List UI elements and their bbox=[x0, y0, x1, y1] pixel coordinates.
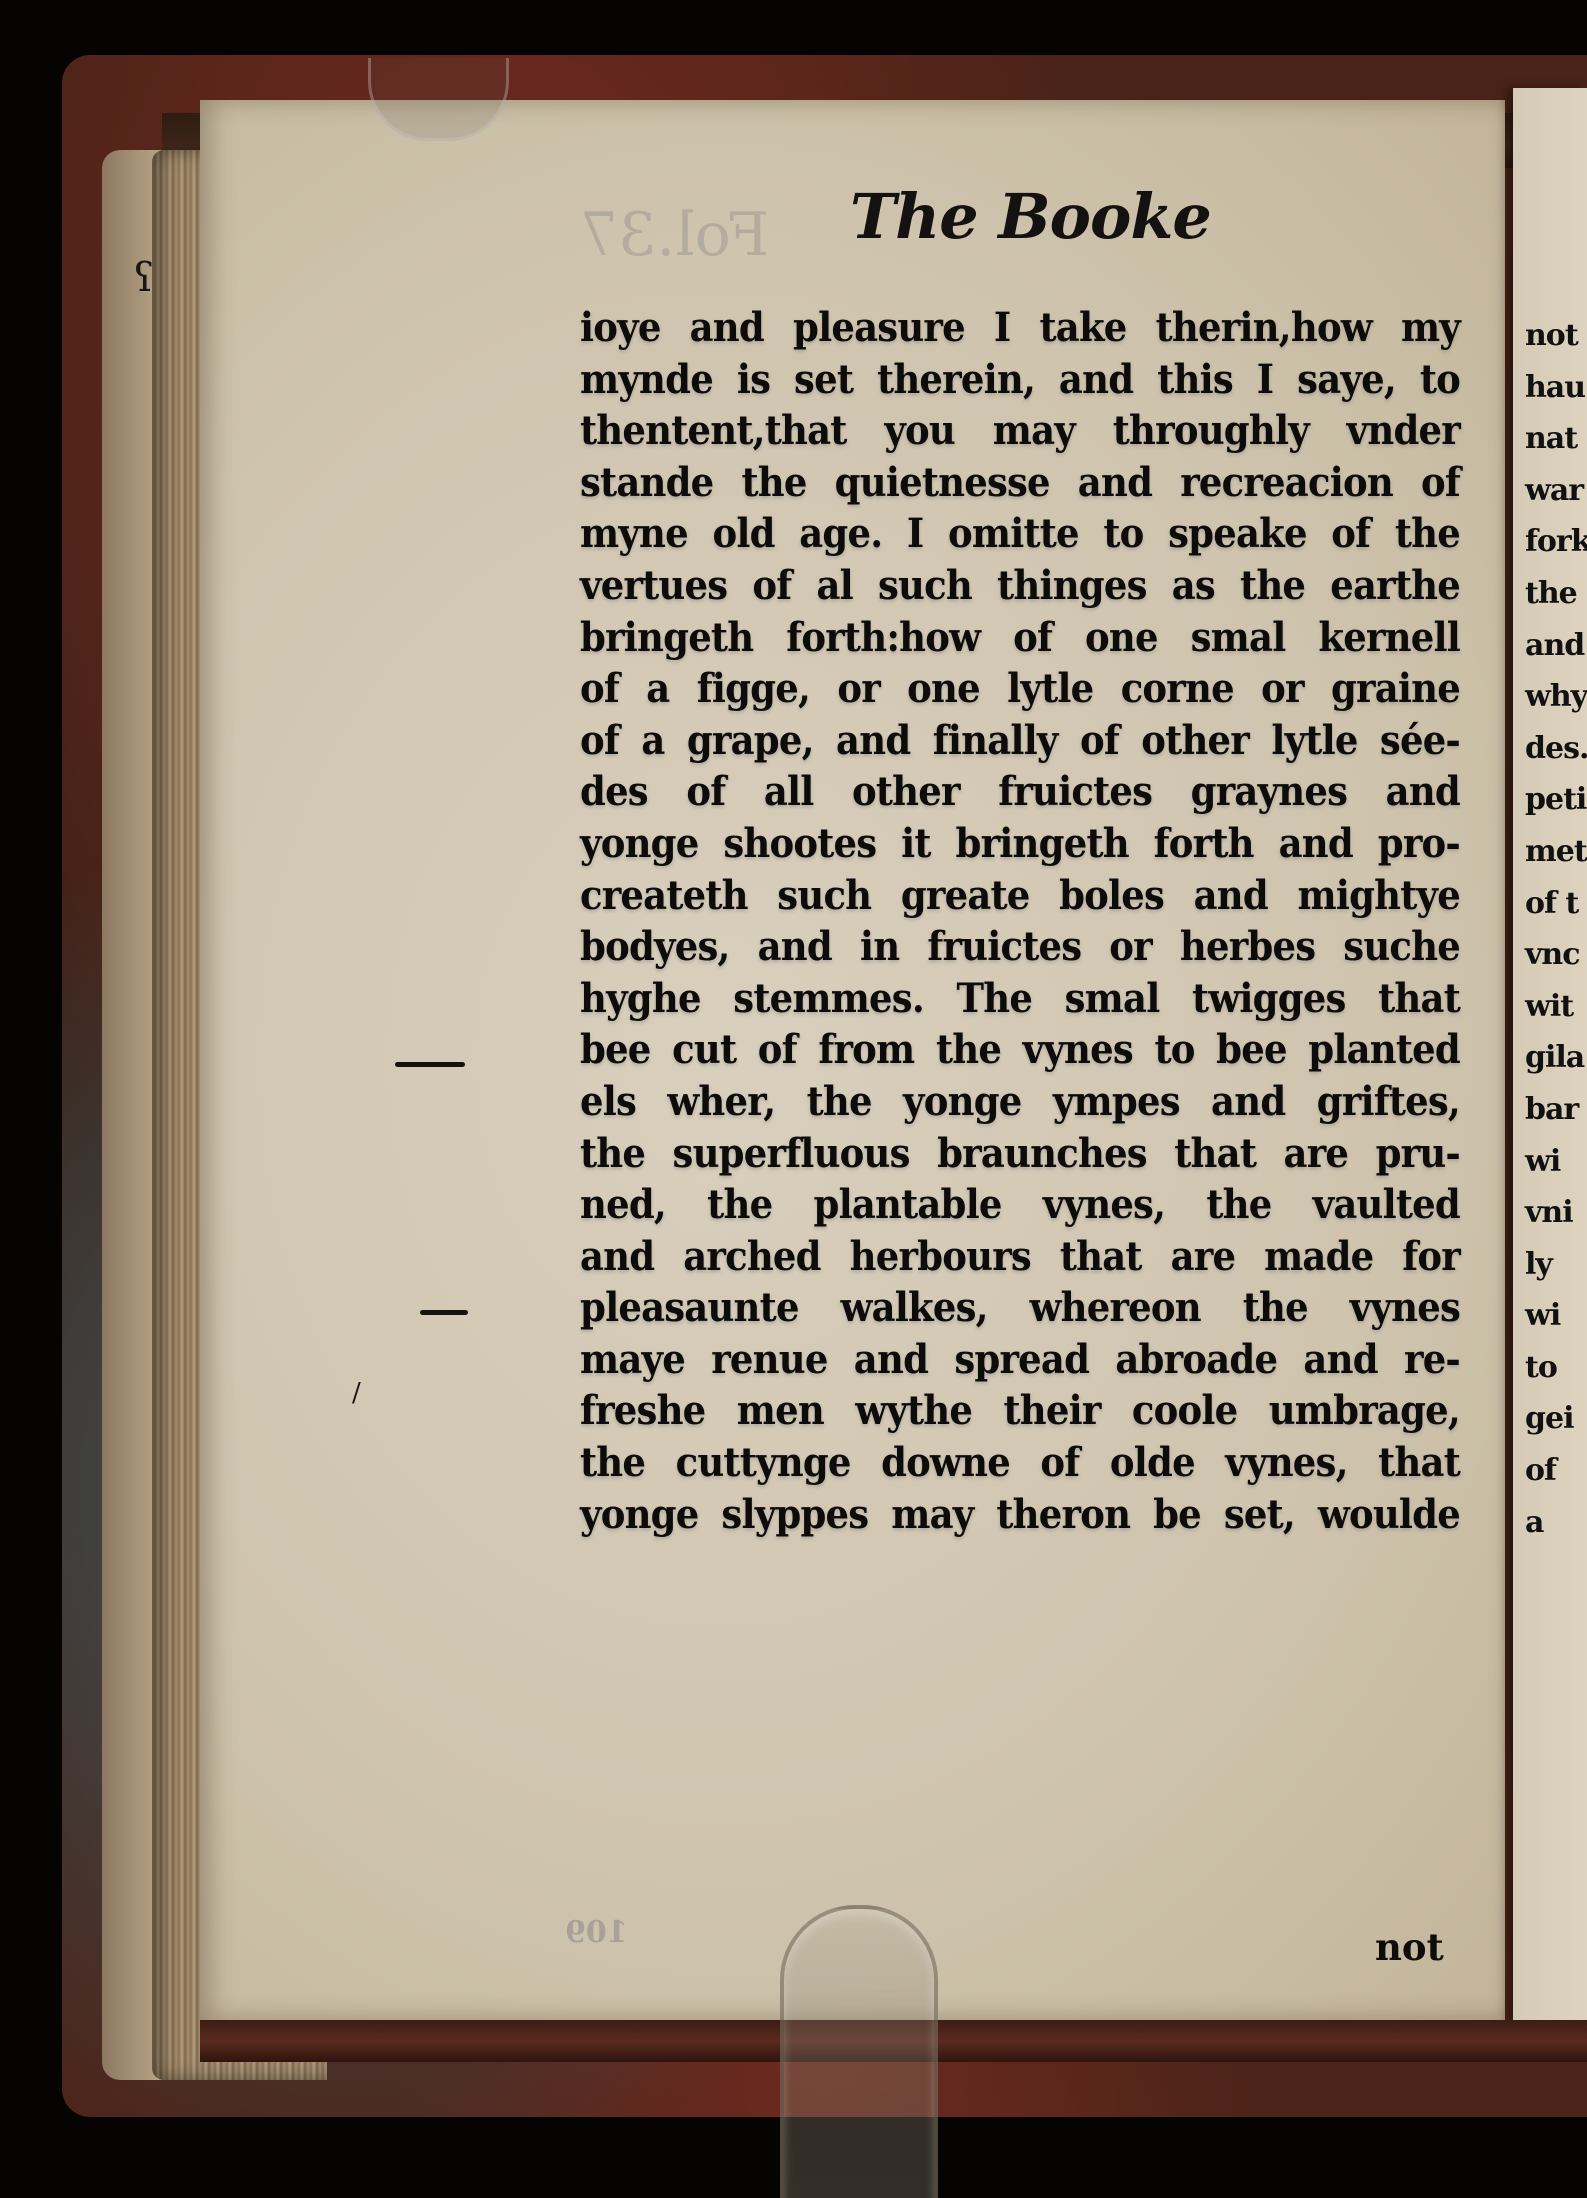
facing-text-fragment: of bbox=[1513, 1445, 1587, 1497]
facing-text-fragment: fork bbox=[1513, 516, 1587, 568]
facing-text-fragment: nat bbox=[1513, 413, 1587, 465]
facing-text-fragment: vnc bbox=[1513, 929, 1587, 981]
text-line: bee cut of from the vynes to bee planted bbox=[580, 1022, 1460, 1078]
catchword: not bbox=[1375, 1925, 1444, 1969]
text-line: vertues of al such thinges as the earthe bbox=[580, 558, 1460, 614]
body-text: ioye and pleasure I take therin,how my m… bbox=[580, 302, 1460, 1540]
facing-text-fragment: and bbox=[1513, 620, 1587, 672]
show-through-folio: Fol.37 bbox=[580, 200, 769, 270]
facing-text-fragment: a bbox=[1513, 1497, 1587, 1549]
facing-text-fragment: ly bbox=[1513, 1239, 1587, 1291]
text-line: maye renue and spread abroade and re- bbox=[580, 1332, 1460, 1388]
text-line: bodyes, and in fruictes or herbes suche bbox=[580, 919, 1460, 975]
page-clip-bottom bbox=[780, 1905, 938, 2198]
text-line: stande the quietnesse and recreacion of bbox=[580, 455, 1460, 511]
facing-text-fragment: vni bbox=[1513, 1187, 1587, 1239]
facing-text-fragment: war bbox=[1513, 465, 1587, 517]
margin-dash-mark bbox=[420, 1310, 468, 1315]
facing-page-fragment: not hau nat war fork the and why des. pe… bbox=[1513, 88, 1587, 2023]
text-line: pleasaunte walkes, whereon the vynes bbox=[580, 1280, 1460, 1336]
text-line: myne old age. I omitte to speake of the bbox=[580, 506, 1460, 562]
facing-text-fragment: wi bbox=[1513, 1290, 1587, 1342]
text-line: createth such greate boles and mightye bbox=[580, 867, 1460, 923]
margin-tick-mark: / bbox=[352, 1378, 361, 1408]
facing-text-fragment: wit bbox=[1513, 981, 1587, 1033]
facing-text-fragment: not bbox=[1513, 310, 1587, 362]
text-line: hyghe stemmes. The smal twigges that bbox=[580, 971, 1460, 1027]
show-through-page-number: 109 bbox=[565, 1915, 628, 1950]
facing-text-fragment: of t bbox=[1513, 878, 1587, 930]
text-line: mynde is set therein, and this I saye, t… bbox=[580, 352, 1460, 408]
facing-text-fragment: peti bbox=[1513, 774, 1587, 826]
facing-text-fragment: wi bbox=[1513, 1136, 1587, 1188]
text-line: els wher, the yonge ympes and griftes, bbox=[580, 1074, 1460, 1130]
text-line: and arched herbours that are made for bbox=[580, 1229, 1460, 1285]
facing-text-fragment: bar bbox=[1513, 1084, 1587, 1136]
text-line: des of all other fruictes graynes and bbox=[580, 764, 1460, 820]
facing-text-fragment: met bbox=[1513, 826, 1587, 878]
facing-text-fragment: why bbox=[1513, 671, 1587, 723]
text-line: bringeth forth:how of one smal kernell bbox=[580, 609, 1460, 665]
text-line: yonge shootes it bringeth forth and pro- bbox=[580, 816, 1460, 872]
text-line: ioye and pleasure I take therin,how my bbox=[580, 300, 1460, 356]
facing-text-fragment: the bbox=[1513, 568, 1587, 620]
text-line: of a figge, or one lytle corne or graine bbox=[580, 661, 1460, 717]
edge-annotation-mark: ʕ bbox=[133, 255, 154, 301]
facing-text-fragment: des. bbox=[1513, 723, 1587, 775]
facing-text-fragment: gila bbox=[1513, 1032, 1587, 1084]
facing-text-fragment: hau bbox=[1513, 362, 1587, 414]
margin-dash-mark bbox=[395, 1062, 465, 1067]
text-line: of a grape, and finally of other lytle s… bbox=[580, 713, 1460, 769]
facing-text-fragment: gei bbox=[1513, 1393, 1587, 1445]
running-head: The Booke bbox=[850, 180, 1211, 253]
facing-text-fragment: to bbox=[1513, 1342, 1587, 1394]
text-line: yonge slyppes may theron be set, woulde bbox=[580, 1487, 1460, 1543]
text-line: the superfluous braunches that are pru- bbox=[580, 1125, 1460, 1181]
text-line: thentent,that you may throughly vnder bbox=[580, 403, 1460, 459]
text-line: the cuttynge downe of olde vynes, that bbox=[580, 1435, 1460, 1491]
text-line: freshe men wythe their coole umbrage, bbox=[580, 1383, 1460, 1439]
text-line: ned, the plantable vynes, the vaulted bbox=[580, 1177, 1460, 1233]
